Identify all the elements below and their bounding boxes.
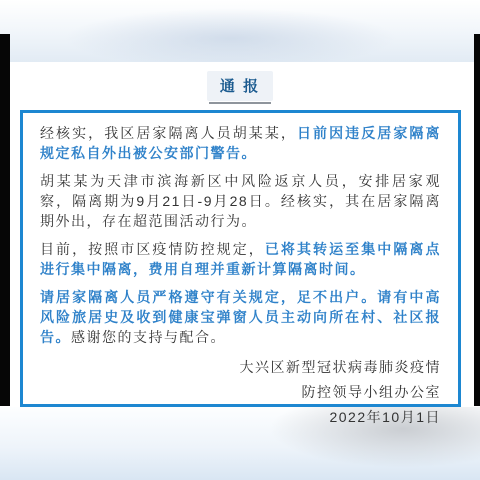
notice-body: 经核实，我区居家隔离人员胡某某，日前因违反居家隔离规定私自外出被公安部门警告。胡…: [40, 123, 441, 347]
notice-paragraph: 目前，按照市区疫情防控规定，已将其转运至集中隔离点进行集中隔离，费用自理并重新计…: [40, 239, 441, 279]
signature-block: 大兴区新型冠状病毒肺炎疫情防控领导小组办公室2022年10月1日: [40, 355, 441, 430]
body-text: 胡某某为天津市滨海新区中风险返京人员，安排居家观察，隔离期为9月21日-9月28…: [40, 173, 441, 229]
signature-line: 大兴区新型冠状病毒肺炎疫情: [40, 355, 441, 380]
notice-paragraph: 经核实，我区居家隔离人员胡某某，日前因违反居家隔离规定私自外出被公安部门警告。: [40, 123, 441, 163]
notice-card: 经核实，我区居家隔离人员胡某某，日前因违反居家隔离规定私自外出被公安部门警告。胡…: [20, 110, 461, 407]
notice-title-badge: 通 报: [207, 71, 273, 101]
notice-title: 通 报: [220, 78, 260, 95]
body-text: 感谢您的支持与配合。: [71, 329, 226, 345]
body-text: 经核实，我区居家隔离人员胡某某，: [40, 125, 297, 141]
notice-header: 通 报: [0, 71, 480, 104]
signature-line: 防控领导小组办公室: [40, 380, 441, 405]
top-gradient-band: [0, 0, 480, 62]
notice-paragraph: 请居家隔离人员严格遵守有关规定，足不出户。请有中高风险旅居史及收到健康宝弹窗人员…: [40, 287, 441, 347]
body-text: 目前，按照市区疫情防控规定，: [40, 241, 265, 257]
signature-line: 2022年10月1日: [40, 405, 441, 430]
notice-page: 通 报 经核实，我区居家隔离人员胡某某，日前因违反居家隔离规定私自外出被公安部门…: [0, 0, 480, 480]
title-underline: [209, 102, 271, 104]
notice-paragraph: 胡某某为天津市滨海新区中风险返京人员，安排居家观察，隔离期为9月21日-9月28…: [40, 171, 441, 231]
